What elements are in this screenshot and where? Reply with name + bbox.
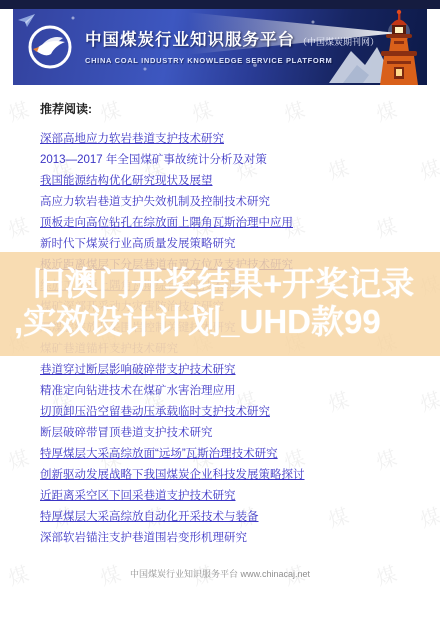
watermark-stamp: 煤 <box>416 500 440 534</box>
article-list-item: 近距离采空区下回采巷道支护技术研究 <box>40 484 410 505</box>
article-list-item: 特厚煤层大采高综放面“远场”瓦斯治理技术研究 <box>40 442 410 463</box>
article-link[interactable]: 顶板走向高位钻孔在综放面上隅角瓦斯治理中应用 <box>40 217 293 229</box>
ad-overlay[interactable]: 旧澳门开奖结果+开奖记录 ,实效设计计划_UHD款99 <box>0 252 440 356</box>
article-list-item: 创新驱动发展战略下我国煤炭企业科技发展策略探讨 <box>40 463 410 484</box>
site-banner: 中国煤炭行业知识服务平台 （中国煤炭期刊网） CHINA COAL INDUST… <box>13 9 427 85</box>
site-subtitle: CHINA COAL INDUSTRY KNOWLEDGE SERVICE PL… <box>85 56 379 65</box>
article-link[interactable]: 我国能源结构优化研究现状及展望 <box>40 175 213 187</box>
watermark-stamp: 煤 <box>416 384 440 418</box>
watermark-stamp: 煤 <box>416 152 440 186</box>
article-link[interactable]: 近距离采空区下回采巷道支护技术研究 <box>40 490 236 502</box>
article-link[interactable]: 深部软岩锚注支护巷道围岩变形机理研究 <box>40 532 247 544</box>
article-link[interactable]: 2013—2017 年全国煤矿事故统计分析及对策 <box>40 154 267 166</box>
watermark-stamp: 煤 <box>4 94 32 128</box>
article-list-item: 2013—2017 年全国煤矿事故统计分析及对策 <box>40 148 410 169</box>
article-link[interactable]: 高应力软岩巷道支护失效机制及控制技术研究 <box>40 196 270 208</box>
article-list-item: 顶板走向高位钻孔在综放面上隅角瓦斯治理中应用 <box>40 211 410 232</box>
watermark-stamp: 煤 <box>4 210 32 244</box>
site-title-suffix: （中国煤炭期刊网） <box>298 35 379 48</box>
article-list-item: 深部高地应力软岩巷道支护技术研究 <box>40 127 410 148</box>
article-link[interactable]: 创新驱动发展战略下我国煤炭企业科技发展策略探讨 <box>40 469 305 481</box>
watermark-stamp: 煤 <box>4 442 32 476</box>
article-link[interactable]: 精准定向钻进技术在煤矿水害治理应用 <box>40 385 236 397</box>
article-link[interactable]: 巷道穿过断层影响破碎带支护技术研究 <box>40 364 236 376</box>
lighthouse-graphic <box>380 10 418 85</box>
top-strip <box>0 0 440 9</box>
article-list-item: 巷道穿过断层影响破碎带支护技术研究 <box>40 358 410 379</box>
article-list-item: 精准定向钻进技术在煤矿水害治理应用 <box>40 379 410 400</box>
article-list-item: 特厚煤层大采高综放自动化开采技术与装备 <box>40 505 410 526</box>
footer-text: 中国煤炭行业知识服务平台 www.chinacaj.net <box>0 567 440 580</box>
section-heading: 推荐阅读: <box>40 100 410 117</box>
article-link[interactable]: 特厚煤层大采高综放面“远场”瓦斯治理技术研究 <box>40 448 278 460</box>
article-link[interactable]: 特厚煤层大采高综放自动化开采技术与装备 <box>40 511 259 523</box>
article-list-item: 我国能源结构优化研究现状及展望 <box>40 169 410 190</box>
ad-overlay-text-line1: 旧澳门开奖结果+开奖记录 <box>32 266 440 302</box>
site-title: 中国煤炭行业知识服务平台 <box>85 26 295 50</box>
article-link[interactable]: 切顶卸压沿空留巷动压承载临时支护技术研究 <box>40 406 270 418</box>
ad-overlay-text-line2: ,实效设计计划_UHD款99 <box>14 304 440 340</box>
article-link[interactable]: 断层破碎带冒顶巷道支护技术研究 <box>40 427 213 439</box>
article-link[interactable]: 新时代下煤炭行业高质量发展策略研究 <box>40 238 236 250</box>
article-link[interactable]: 深部高地应力软岩巷道支护技术研究 <box>40 133 224 145</box>
article-list-item: 深部软岩锚注支护巷道围岩变形机理研究 <box>40 526 410 547</box>
site-logo-dove-icon <box>27 24 73 70</box>
article-list-item: 切顶卸压沿空留巷动压承载临时支护技术研究 <box>40 400 410 421</box>
article-list-item: 新时代下煤炭行业高质量发展策略研究 <box>40 232 410 253</box>
article-list-item: 高应力软岩巷道支护失效机制及控制技术研究 <box>40 190 410 211</box>
article-list-item: 断层破碎带冒顶巷道支护技术研究 <box>40 421 410 442</box>
